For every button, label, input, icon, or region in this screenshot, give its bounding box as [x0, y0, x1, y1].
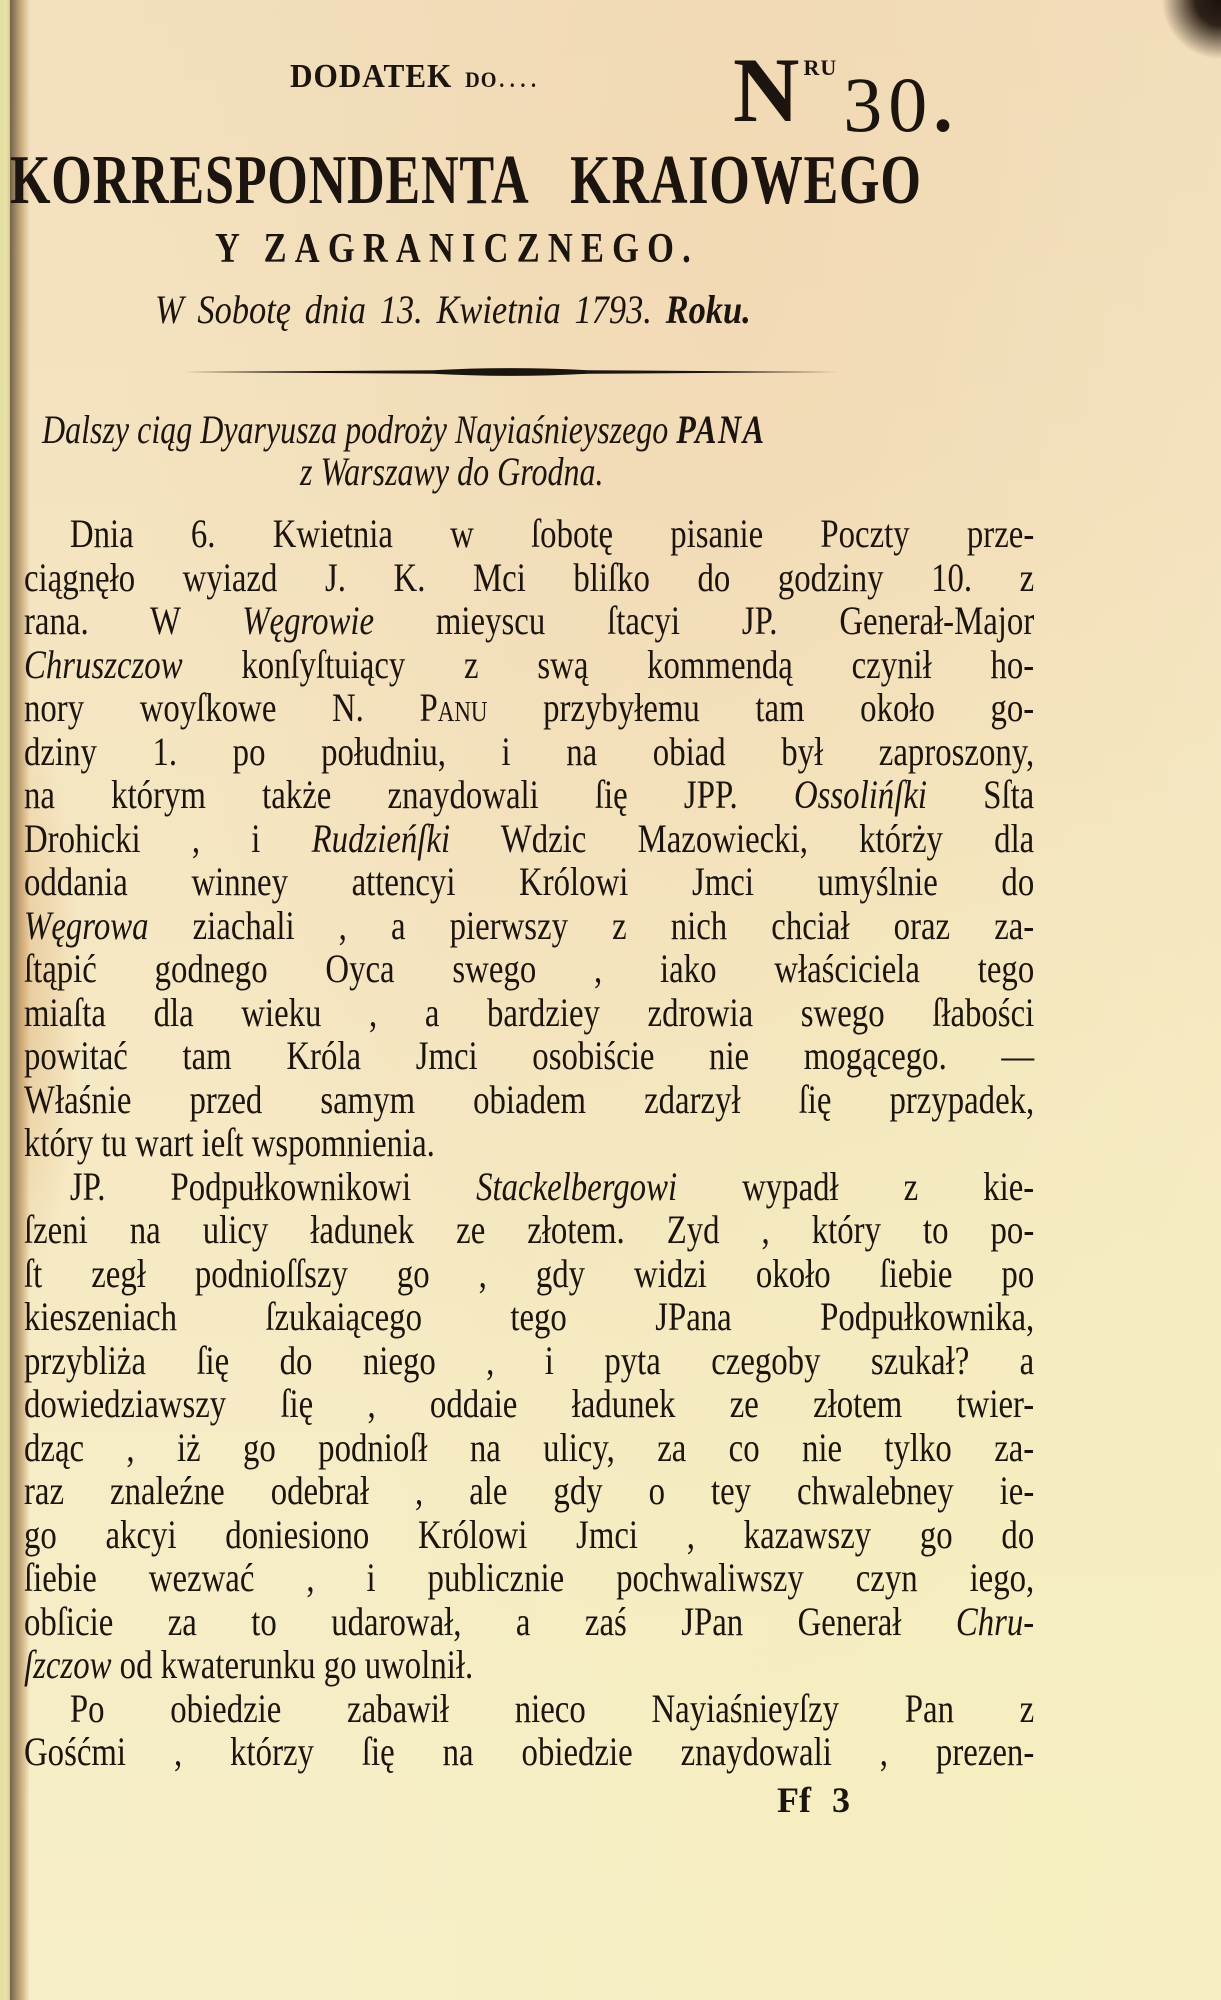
- text-run: JP. Podpułkownikowi: [70, 1164, 476, 1209]
- text-line: obſicie za to udarował, a zaś JPan Gener…: [24, 1600, 1034, 1644]
- date-day: 13.: [380, 287, 423, 332]
- supplement-dots: ....: [499, 67, 541, 92]
- date-prefix: W Sobotę dnia: [155, 287, 366, 332]
- text-run: Po obiedzie zabawił nieco Nayiaśnieyſzy …: [70, 1686, 1034, 1731]
- text-run: dziny 1. po południu, i na obiad był zap…: [24, 729, 1034, 774]
- text-run: dowiedziawszy ſię , oddaie ładunek ze zł…: [24, 1381, 1034, 1426]
- date-month: Kwietnia: [436, 287, 560, 332]
- masthead-title: KORRESPONDENTA KRAIOWEGO: [10, 146, 922, 216]
- date-year: 1793.: [574, 287, 651, 332]
- italic-run: Węgrowie: [242, 598, 374, 643]
- text-line: dziny 1. po południu, i na obiad był zap…: [24, 730, 1034, 774]
- text-line: oddania winney attencyi Królowi Jmci umy…: [24, 860, 1034, 904]
- italic-run: Stackelbergowi: [476, 1164, 677, 1209]
- text-line: ſiebie wezwać , i publicznie pochwaliwsz…: [24, 1556, 1034, 1600]
- text-run: ciągnęło wyiazd J. K. Mci bliſko do godz…: [24, 555, 1034, 600]
- text-line: Węgrowa ziachali , a pierwszy z nich chc…: [24, 904, 1034, 948]
- text-line: powitać tam Króla Jmci osobiście nie mog…: [24, 1034, 1034, 1078]
- text-line: ciągnęło wyiazd J. K. Mci bliſko do godz…: [24, 556, 1034, 600]
- text-run: raz znaleźne odebrał , ale gdy o tey chw…: [24, 1468, 1034, 1513]
- swelled-rule-divider: [183, 366, 838, 378]
- issue-number: NRU30.: [733, 44, 953, 140]
- text-line: który tu wart ieſt wspomnienia.: [24, 1121, 1034, 1165]
- text-run: miaſta dla wieku , a bardziey zdrowia sw…: [24, 990, 1034, 1035]
- text-run: od kwaterunku go uwolnił.: [111, 1642, 473, 1687]
- masthead-subtitle: Y ZAGRANICZNEGO.: [215, 228, 699, 270]
- italic-run: Chruszczow: [24, 642, 183, 687]
- text-line: ſtąpić godnego Oyca swego , iako właścic…: [24, 947, 1034, 991]
- text-run: przybliża ſię do niego , i pyta czegoby …: [24, 1338, 1034, 1383]
- text-run: Właśnie przed samym obiadem zdarzył ſię …: [24, 1077, 1034, 1122]
- text-run: Dnia 6. Kwietnia w ſobotę pisanie Poczty…: [70, 511, 1034, 556]
- text-run: Gośćmi , którzy ſię na obiedzie znaydowa…: [24, 1729, 1034, 1774]
- italic-run: ſzczow: [24, 1642, 111, 1687]
- text-line: Dnia 6. Kwietnia w ſobotę pisanie Poczty…: [24, 512, 1034, 556]
- text-line: przybliża ſię do niego , i pyta czegoby …: [24, 1339, 1034, 1383]
- text-run: Wdzic Mazowiecki, którży dla: [450, 816, 1034, 861]
- issue-number-value: 30: [843, 61, 933, 148]
- text-run: ſzeni na ulicy ładunek ze złotem. Zyd , …: [24, 1207, 1034, 1252]
- text-line: dząc , iż go podnioſł na ulicy, za co ni…: [24, 1426, 1034, 1470]
- text-run: mieyscu ſtacyi JP. Generał-Major: [374, 598, 1034, 643]
- text-line: dowiedziawszy ſię , oddaie ładunek ze zł…: [24, 1382, 1034, 1426]
- supplement-label: DODATEKDO....: [290, 58, 542, 96]
- text-run: nory woyſkowe N.: [24, 685, 419, 730]
- text-line: ſt zegł podnioſſszy go , gdy widzi około…: [24, 1252, 1034, 1296]
- article-heading-line2: z Warszawy do Grodna.: [300, 452, 603, 492]
- issue-number-superscript: RU: [803, 55, 837, 80]
- italic-run: Chru-: [956, 1599, 1034, 1644]
- text-line: go akcyi doniesiono Królowi Jmci , kazaw…: [24, 1513, 1034, 1557]
- text-line: Właśnie przed samym obiadem zdarzył ſię …: [24, 1078, 1034, 1122]
- text-line: miaſta dla wieku , a bardziey zdrowia sw…: [24, 991, 1034, 1035]
- text-run: konſyſtuiący z swą kommendą czynił ho-: [183, 642, 1035, 687]
- text-line: Chruszczow konſyſtuiący z swą kommendą c…: [24, 643, 1034, 687]
- text-run: powitać tam Króla Jmci osobiście nie mog…: [24, 1033, 1034, 1078]
- signature-mark: Ff 3: [777, 1782, 850, 1818]
- date-suffix: Roku.: [666, 287, 751, 332]
- text-run: oddania winney attencyi Królowi Jmci umy…: [24, 859, 1034, 904]
- text-line: Drohicki , i Rudzieńſki Wdzic Mazowiecki…: [24, 817, 1034, 861]
- text-run: przybyłemu tam około go-: [487, 685, 1034, 730]
- article-body: Dnia 6. Kwietnia w ſobotę pisanie Poczty…: [24, 512, 1034, 1774]
- text-run: dząc , iż go podnioſł na ulicy, za co ni…: [24, 1425, 1034, 1470]
- italic-run: Ossolińſki: [794, 772, 927, 817]
- text-run: ſt zegł podnioſſszy go , gdy widzi około…: [24, 1251, 1034, 1296]
- text-run: ſtąpić godnego Oyca swego , iako właścic…: [24, 946, 1034, 991]
- text-run: obſicie za to udarował, a zaś JPan Gener…: [24, 1599, 956, 1644]
- text-run: Sſta: [927, 772, 1034, 817]
- text-line: raz znaleźne odebrał , ale gdy o tey chw…: [24, 1469, 1034, 1513]
- italic-run: Węgrowa: [24, 903, 149, 948]
- supplement-word: DODATEK: [290, 58, 452, 95]
- text-line: na którym także znaydowali ſię JPP. Osso…: [24, 773, 1034, 817]
- text-run: na którym także znaydowali ſię JPP.: [24, 772, 794, 817]
- date-line: W Sobotę dnia 13. Kwietnia 1793. Roku.: [155, 290, 751, 330]
- text-run: wypadł z kie-: [677, 1164, 1034, 1209]
- scanned-page: DODATEKDO.... NRU30. KORRESPONDENTA KRAI…: [0, 0, 1221, 2000]
- text-line: Po obiedzie zabawił nieco Nayiaśnieyſzy …: [24, 1687, 1034, 1731]
- text-line: ſzczow od kwaterunku go uwolnił.: [24, 1643, 1034, 1687]
- text-run: rana. W: [24, 598, 242, 643]
- text-run: ziachali , a pierwszy z nich chciał oraz…: [149, 903, 1035, 948]
- text-run: ſiebie wezwać , i publicznie pochwaliwsz…: [24, 1555, 1034, 1600]
- corner-shadow: [1161, 0, 1221, 60]
- text-line: kieszeniach ſzukaiącego tego JPana Podpu…: [24, 1295, 1034, 1339]
- issue-number-dot: .: [933, 61, 953, 148]
- text-run: który tu wart ieſt wspomnienia.: [24, 1120, 435, 1165]
- article-heading-line1: Dalszy ciąg Dyaryusza podroży Nayiaśniey…: [42, 410, 766, 450]
- issue-number-prefix: N: [733, 39, 799, 141]
- text-line: rana. W Węgrowie mieyscu ſtacyi JP. Gene…: [24, 599, 1034, 643]
- article-heading-caps: PANA: [676, 407, 765, 452]
- text-run: go akcyi doniesiono Królowi Jmci , kazaw…: [24, 1512, 1034, 1557]
- text-run: Panu: [419, 685, 487, 730]
- text-line: Gośćmi , którzy ſię na obiedzie znaydowa…: [24, 1730, 1034, 1774]
- text-line: JP. Podpułkownikowi Stackelbergowi wypad…: [24, 1165, 1034, 1209]
- text-line: ſzeni na ulicy ładunek ze złotem. Zyd , …: [24, 1208, 1034, 1252]
- binding-strip: [0, 0, 10, 2000]
- supplement-to: DO: [465, 67, 497, 92]
- text-line: nory woyſkowe N. Panu przybyłemu tam oko…: [24, 686, 1034, 730]
- text-run: kieszeniach ſzukaiącego tego JPana Podpu…: [24, 1294, 1034, 1339]
- article-heading-text: Dalszy ciąg Dyaryusza podroży Nayiaśniey…: [42, 407, 668, 452]
- italic-run: Rudzieńſki: [312, 816, 450, 861]
- text-run: Drohicki , i: [24, 816, 312, 861]
